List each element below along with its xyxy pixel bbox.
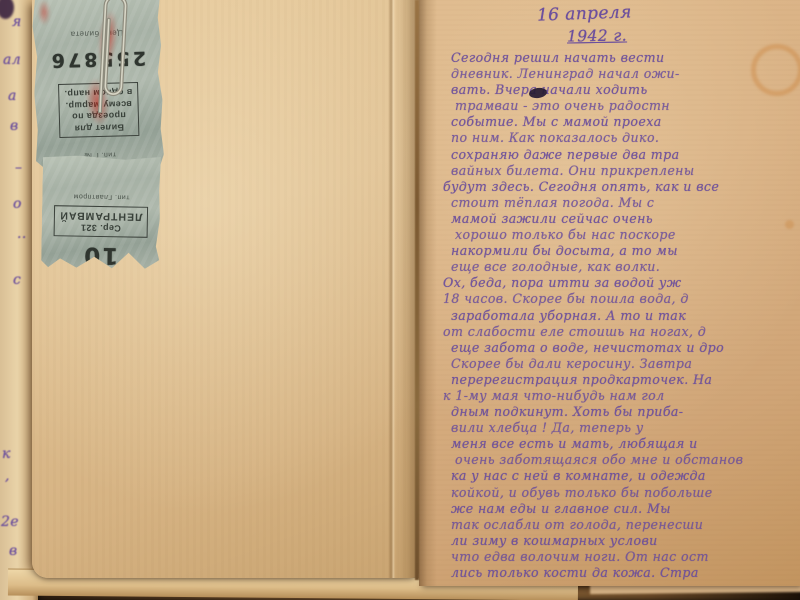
diary-text: Сегодня решил начать вестидневник. Ленин… xyxy=(443,50,800,581)
handwriting-fragment: , xyxy=(5,468,10,484)
diary-line: же нам еды и главное сил. Мы xyxy=(443,501,800,517)
ticket-series-line: Сер. 321 xyxy=(59,221,142,234)
right-page: 16 апреля 1942 г. Сегодня решил начать в… xyxy=(419,0,800,586)
ticket-series-box: Сер. 321 ЛЕНТРАМВАЙ xyxy=(53,205,148,238)
paperclip xyxy=(93,0,134,119)
diary-photo: я ал а в – о .. с к , 2е в тип. Г № Биле… xyxy=(0,0,800,600)
diary-date-year: 1942 г. xyxy=(567,26,627,45)
diary-line: 18 часов. Скорее бы пошла вода, д xyxy=(443,291,800,307)
diary-line: от слабости еле стоишь на ногах, д xyxy=(443,324,800,340)
diary-line: еще забота о воде, нечистотах и дро xyxy=(443,340,800,356)
diary-line: еще все голодные, как волки. xyxy=(443,259,800,275)
diary-line: вать. Вчера начали ходить xyxy=(443,82,800,98)
diary-line: событие. Мы с мамой проеха xyxy=(443,114,800,130)
diary-line: трамваи - это очень радостн xyxy=(443,98,800,114)
ticket-brand-line: ЛЕНТРАМВАЙ xyxy=(59,209,142,222)
tram-ticket-2: 10 Сер. 321 ЛЕНТРАМВАЙ тип. Главтпром xyxy=(41,155,161,269)
binding-gutter xyxy=(415,0,419,580)
diary-line: ка у нас с ней в комнате, и одежда xyxy=(443,468,800,484)
diary-line: хорошо только бы нас поскоре xyxy=(443,227,800,243)
diary-line: лись только кости да кожа. Стра xyxy=(443,565,800,581)
diary-line: вили хлебца ! Да, теперь у xyxy=(443,420,800,436)
diary-line: стоит тёплая погода. Мы с xyxy=(443,195,800,211)
ticket-printer-line: тип. Главтпром xyxy=(73,193,129,201)
diary-line: очень заботящаяся обо мне и обстанов xyxy=(443,452,800,468)
handwriting-fragment: .. xyxy=(17,226,27,242)
diary-line: будут здесь. Сегодня опять, как и все xyxy=(443,179,800,195)
handwriting-fragment: в xyxy=(10,118,19,134)
handwriting-fragment: а xyxy=(8,88,17,104)
diary-line: так ослабли от голода, перенесши xyxy=(443,517,800,533)
red-pencil-mark xyxy=(38,0,51,26)
diary-line: вайных билета. Они прикреплены xyxy=(443,163,800,179)
diary-line: меня все есть и мать, любящая и xyxy=(443,436,800,452)
handwriting-fragment: 2е xyxy=(1,514,19,530)
diary-date-day: 16 апреля xyxy=(537,2,632,25)
handwriting-fragment: ал xyxy=(3,52,21,68)
handwriting-fragment: – xyxy=(15,160,22,176)
diary-line: к 1-му мая что-нибудь нам гол xyxy=(443,388,800,404)
diary-line: Сегодня решил начать вести xyxy=(443,50,800,66)
diary-line: мамой зажили сейчас очень xyxy=(443,211,800,227)
handwriting-fragment: к xyxy=(2,446,11,462)
diary-line: койкой, и обувь только бы побольше xyxy=(443,485,800,501)
handwriting-fragment: о xyxy=(13,196,22,212)
handwriting-fragment: с xyxy=(13,272,21,288)
diary-line: дневник. Ленинград начал ожи- xyxy=(443,66,800,82)
handwriting-fragment: я xyxy=(12,14,22,30)
diary-line: перерегистрация продкарточек. На xyxy=(443,372,800,388)
diary-line: по ним. Как показалось дико. xyxy=(443,130,800,146)
diary-line: дным подкинут. Хоть бы приба- xyxy=(443,404,800,420)
diary-line: Ох, беда, пора итти за водой уж xyxy=(443,275,800,291)
diary-line: сохраняю даже первые два тра xyxy=(443,147,800,163)
diary-line: что едва волочим ноги. От нас ост xyxy=(443,549,800,565)
diary-line: Скорее бы дали керосину. Завтра xyxy=(443,356,800,372)
diary-line: заработала уборная. А то и так xyxy=(443,308,800,324)
page-crease xyxy=(388,0,395,578)
handwriting-fragment: в xyxy=(9,543,18,559)
diary-line: накормили бы досыта, а то мы xyxy=(443,243,800,259)
ticket-print-block: 10 Сер. 321 ЛЕНТРАМВАЙ тип. Главтпром xyxy=(41,155,161,269)
diary-line: ли зиму в кошмарных услови xyxy=(443,533,800,549)
